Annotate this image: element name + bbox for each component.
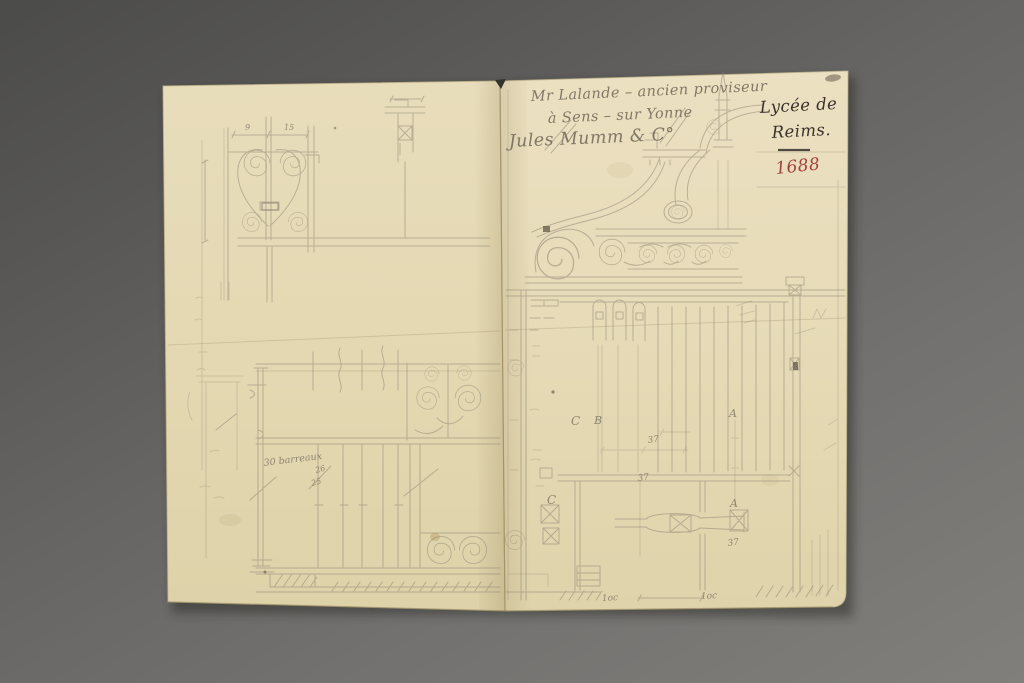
photograph-background: Mr Lalande – ancien proviseur à Sens – s…	[0, 0, 1024, 683]
dim-label-9: 9	[245, 123, 250, 132]
document-photo: Mr Lalande – ancien proviseur à Sens – s…	[0, 0, 1024, 683]
dim37-c: 37	[727, 537, 740, 549]
dim37-a: 37	[647, 434, 660, 446]
dim37-b: 37	[637, 472, 650, 484]
letter-A2: A	[729, 497, 738, 510]
letter-B: B	[593, 414, 602, 427]
ink-title-line2: Reims.	[770, 120, 831, 142]
loc-label-a: 1oc	[602, 593, 619, 604]
letter-C1: C	[571, 414, 580, 428]
letter-C2: C	[547, 493, 556, 507]
dim-label-15: 15	[284, 123, 294, 132]
paper-left-page	[163, 81, 505, 611]
letter-A1: A	[728, 407, 737, 420]
loc-label-b: 1oc	[701, 591, 718, 602]
